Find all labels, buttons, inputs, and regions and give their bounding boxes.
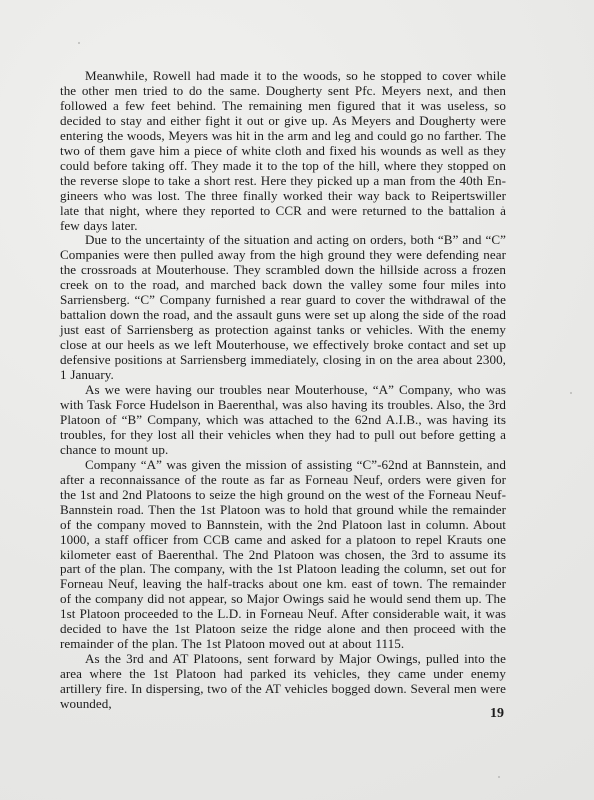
paragraph: Company “A” was given the mission of ass…: [60, 458, 506, 652]
body-text: Meanwhile, Rowell had made it to the woo…: [60, 69, 506, 712]
page-number: 19: [490, 706, 504, 722]
paper-speck: [502, 206, 504, 208]
paper-speck: [498, 776, 500, 778]
document-page: Meanwhile, Rowell had made it to the woo…: [0, 0, 594, 800]
paragraph: As we were having our troubles near Mout…: [60, 383, 506, 458]
paragraph: Due to the uncertainty of the situation …: [60, 233, 506, 383]
paper-speck: [570, 392, 572, 394]
paragraph: Meanwhile, Rowell had made it to the woo…: [60, 69, 506, 233]
paragraph: As the 3rd and AT Platoons, sent forward…: [60, 652, 506, 712]
paper-speck: [78, 42, 80, 44]
